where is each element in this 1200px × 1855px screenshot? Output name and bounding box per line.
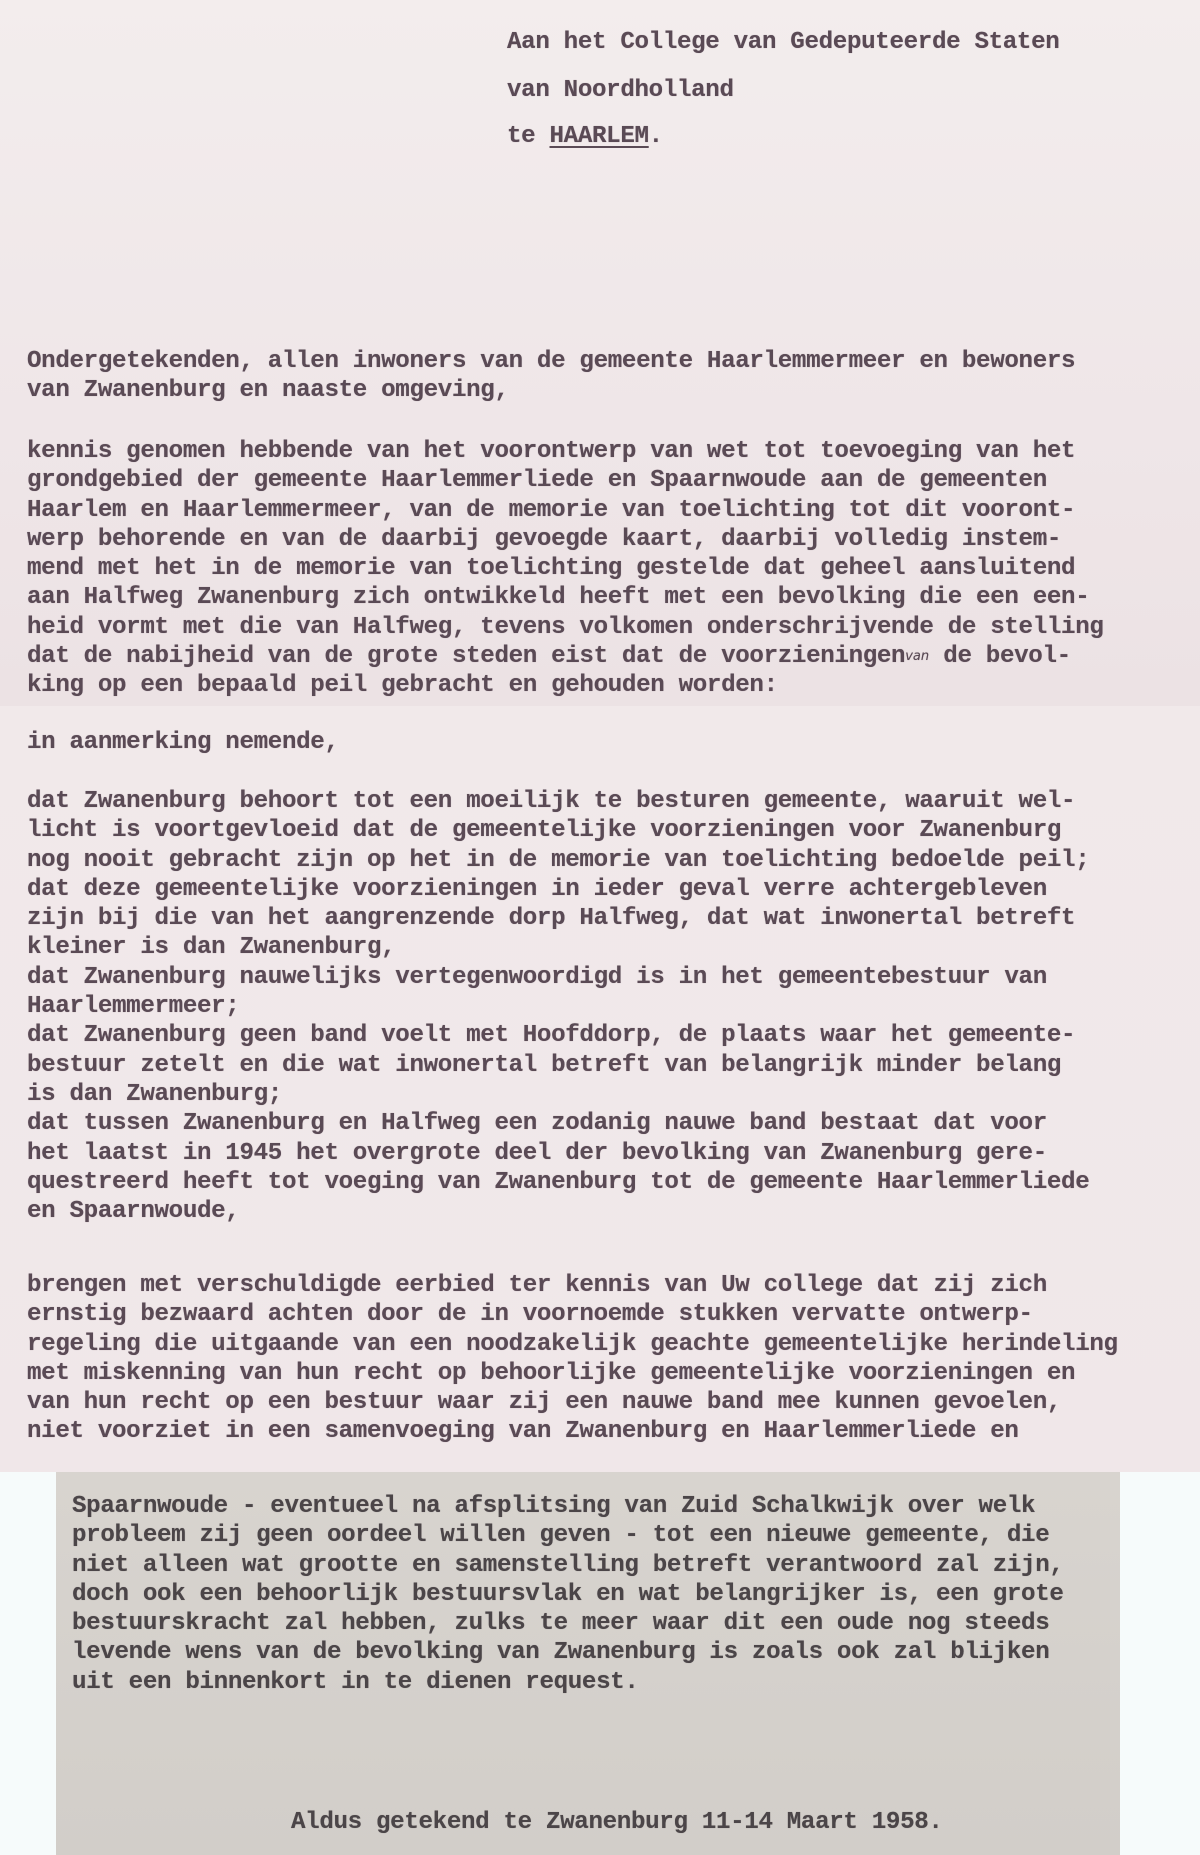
noting-line: dat tussen Zwanenburg en Halfweg een zod… xyxy=(27,1109,1089,1138)
noting-heading-text: in aanmerking nemende, xyxy=(27,728,339,757)
intro-line: Ondergetekenden, allen inwoners van de g… xyxy=(27,347,1075,376)
noting-line: en Spaarnwoude, xyxy=(27,1197,1089,1226)
noting-heading: in aanmerking nemende, xyxy=(27,728,339,757)
request-line: Spaarnwoude - eventueel na afsplitsing v… xyxy=(72,1492,1064,1521)
request-line: met miskenning van hun recht op behoorli… xyxy=(27,1359,1118,1388)
request-paragraph-part-1: brengen met verschuldigde eerbied ter ke… xyxy=(27,1271,1118,1447)
noting-line: Haarlemmermeer; xyxy=(27,992,1089,1021)
request-line: bestuurskracht zal hebben, zulks te meer… xyxy=(72,1609,1064,1638)
noting-line: questreerd heeft tot voeging van Zwanenb… xyxy=(27,1168,1089,1197)
noting-line: nog nooit gebracht zijn op het in de mem… xyxy=(27,846,1089,875)
city-name: HAARLEM xyxy=(550,123,649,150)
considered-line: aan Halfweg Zwanenburg zich ontwikkeld h… xyxy=(27,583,1104,612)
city-suffix: . xyxy=(649,123,663,150)
addressee-city: te HAARLEM. xyxy=(507,122,663,151)
request-line: niet alleen wat grootte en samenstelling… xyxy=(72,1551,1064,1580)
considered-line: werp behorende en van de daarbij gevoegd… xyxy=(27,525,1104,554)
considered-line: kennis genomen hebbende van het voorontw… xyxy=(27,437,1104,466)
request-line: regeling die uitgaande van een noodzakel… xyxy=(27,1330,1118,1359)
noting-line: licht is voortgevloeid dat de gemeenteli… xyxy=(27,816,1089,845)
intro-paragraph: Ondergetekenden, allen inwoners van de g… xyxy=(27,347,1075,406)
noting-line: zijn bij die van het aangrenzende dorp H… xyxy=(27,904,1089,933)
request-line: ernstig bezwaard achten door de in voorn… xyxy=(27,1300,1118,1329)
intro-line: van Zwanenburg en naaste omgeving, xyxy=(27,376,1075,405)
request-line: doch ook een behoorlijk bestuursvlak en … xyxy=(72,1580,1064,1609)
considered-line: grondgebied der gemeente Haarlemmerliede… xyxy=(27,466,1104,495)
scan-strip-middle: in aanmerking nemende, dat Zwanenburg be… xyxy=(0,706,1200,1472)
handwritten-correction: van xyxy=(905,649,929,664)
request-paragraph-part-2: Spaarnwoude - eventueel na afsplitsing v… xyxy=(72,1492,1064,1697)
request-line: brengen met verschuldigde eerbied ter ke… xyxy=(27,1271,1118,1300)
addressee-line-1: Aan het College van Gedeputeerde Staten xyxy=(507,28,1059,57)
considered-line: heid vormt met die van Halfweg, tevens v… xyxy=(27,613,1104,642)
considered-line: mend met het in de memorie van toelichti… xyxy=(27,554,1104,583)
scan-strip-bottom: Spaarnwoude - eventueel na afsplitsing v… xyxy=(56,1472,1120,1855)
request-line: probleem zij geen oordeel willen geven -… xyxy=(72,1521,1064,1550)
request-line: niet voorziet in een samenvoeging van Zw… xyxy=(27,1417,1118,1446)
considered-line-8-end: de bevol- xyxy=(929,643,1071,670)
noting-line: kleiner is dan Zwanenburg, xyxy=(27,933,1089,962)
addressee-line-2: van Noordholland xyxy=(507,76,734,105)
city-prefix: te xyxy=(507,123,550,150)
request-line: van hun recht op een bestuur waar zij ee… xyxy=(27,1388,1118,1417)
noting-line: dat Zwanenburg behoort tot een moeilijk … xyxy=(27,787,1089,816)
closing-signature-line: Aldus getekend te Zwanenburg 11-14 Maart… xyxy=(291,1808,943,1837)
scan-strip-top: Aan het College van Gedeputeerde Staten … xyxy=(0,0,1200,706)
noting-line: dat deze gemeentelijke voorzieningen in … xyxy=(27,875,1089,904)
noting-line: bestuur zetelt en die wat inwonertal bet… xyxy=(27,1051,1089,1080)
request-line: levende wens van de bevolking van Zwanen… xyxy=(72,1638,1064,1667)
considered-line: king op een bepaald peil gebracht en geh… xyxy=(27,671,1104,700)
noting-line: het laatst in 1945 het overgrote deel de… xyxy=(27,1139,1089,1168)
noting-line: dat Zwanenburg nauwelijks vertegenwoordi… xyxy=(27,963,1089,992)
noting-paragraph: dat Zwanenburg behoort tot een moeilijk … xyxy=(27,787,1089,1226)
noting-line: is dan Zwanenburg; xyxy=(27,1080,1089,1109)
request-line: uit een binnenkort in te dienen request. xyxy=(72,1668,1064,1697)
considered-paragraph: kennis genomen hebbende van het voorontw… xyxy=(27,437,1104,701)
considered-line: dat de nabijheid van de grote steden eis… xyxy=(27,642,1104,671)
noting-line: dat Zwanenburg geen band voelt met Hoofd… xyxy=(27,1021,1089,1050)
considered-line: Haarlem en Haarlemmermeer, van de memori… xyxy=(27,496,1104,525)
considered-line-8-text: dat de nabijheid van de grote steden eis… xyxy=(27,643,905,670)
